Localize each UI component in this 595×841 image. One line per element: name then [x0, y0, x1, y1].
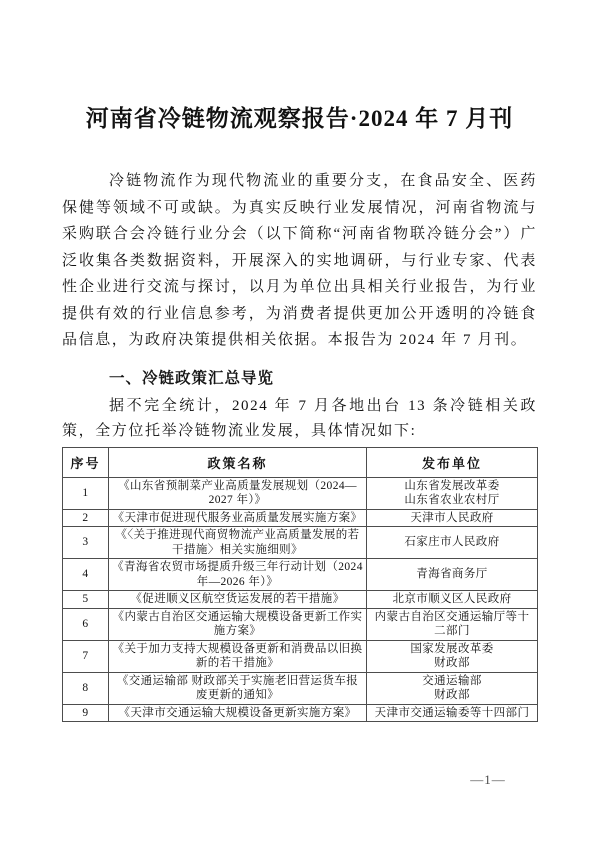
- cell-publisher: 国家发展改革委 财政部: [367, 640, 538, 672]
- cell-publisher: 内蒙古自治区交通运输厅等十二部门: [367, 608, 538, 640]
- cell-publisher: 青海省商务厅: [367, 559, 538, 591]
- section-intro-paragraph: 据不完全统计，2024 年 7 月各地出台 13 条冷链相关政策，全方位托举冷链…: [62, 394, 537, 444]
- header-row: 序号 政策名称 发布单位: [63, 447, 538, 477]
- cell-policy: 《交通运输部 财政部关于实施老旧营运货车报废更新的通知》: [109, 672, 367, 704]
- table-row: 4《青海省农贸市场提质升级三年行动计划（2024 年—2026 年）》青海省商务…: [63, 559, 538, 591]
- cell-publisher: 天津市交通运输委等十四部门: [367, 704, 538, 722]
- cell-publisher: 北京市顺义区人民政府: [367, 591, 538, 609]
- table-row: 7《关于加力支持大规模设备更新和消费品以旧换新的若干措施》国家发展改革委 财政部: [63, 640, 538, 672]
- table-row: 2《天津市促进现代服务业高质量发展实施方案》天津市人民政府: [63, 509, 538, 527]
- cell-policy: 《关于加力支持大规模设备更新和消费品以旧换新的若干措施》: [109, 640, 367, 672]
- header-cell-no: 序号: [63, 447, 109, 477]
- cell-no: 6: [63, 608, 109, 640]
- policy-table-body: 1《山东省预制菜产业高质量发展规划（2024—2027 年）》山东省发展改革委 …: [63, 477, 538, 722]
- cell-policy: 《内蒙古自治区交通运输大规模设备更新工作实施方案》: [109, 608, 367, 640]
- cell-policy: 《〈关于推进现代商贸物流产业高质量发展的若干措施〉相关实施细则》: [109, 527, 367, 559]
- page-title: 河南省冷链物流观察报告·2024 年 7 月刊: [62, 103, 537, 135]
- cell-publisher: 天津市人民政府: [367, 509, 538, 527]
- cell-no: 2: [63, 509, 109, 527]
- table-row: 9《天津市交通运输大规模设备更新实施方案》天津市交通运输委等十四部门: [63, 704, 538, 722]
- page-number: —1—: [455, 772, 521, 788]
- cell-no: 9: [63, 704, 109, 722]
- policy-table-header: 序号 政策名称 发布单位: [63, 447, 538, 477]
- cell-no: 7: [63, 640, 109, 672]
- cell-publisher: 山东省发展改革委 山东省农业农村厅: [367, 477, 538, 509]
- cell-policy: 《天津市交通运输大规模设备更新实施方案》: [109, 704, 367, 722]
- table-row: 6《内蒙古自治区交通运输大规模设备更新工作实施方案》内蒙古自治区交通运输厅等十二…: [63, 608, 538, 640]
- cell-policy: 《山东省预制菜产业高质量发展规划（2024—2027 年）》: [109, 477, 367, 509]
- section-heading: 一、冷链政策汇总导览: [62, 368, 537, 390]
- cell-no: 3: [63, 527, 109, 559]
- cell-no: 1: [63, 477, 109, 509]
- cell-no: 8: [63, 672, 109, 704]
- cell-no: 5: [63, 591, 109, 609]
- policy-table: 序号 政策名称 发布单位 1《山东省预制菜产业高质量发展规划（2024—2027…: [62, 447, 538, 723]
- cell-publisher: 石家庄市人民政府: [367, 527, 538, 559]
- page-content: 河南省冷链物流观察报告·2024 年 7 月刊 冷链物流作为现代物流业的重要分支…: [62, 0, 537, 722]
- cell-policy: 《青海省农贸市场提质升级三年行动计划（2024 年—2026 年）》: [109, 559, 367, 591]
- table-row: 3《〈关于推进现代商贸物流产业高质量发展的若干措施〉相关实施细则》石家庄市人民政…: [63, 527, 538, 559]
- document-page: 河南省冷链物流观察报告·2024 年 7 月刊 冷链物流作为现代物流业的重要分支…: [0, 0, 595, 841]
- header-cell-publisher: 发布单位: [367, 447, 538, 477]
- table-row: 8《交通运输部 财政部关于实施老旧营运货车报废更新的通知》交通运输部 财政部: [63, 672, 538, 704]
- cell-publisher: 交通运输部 财政部: [367, 672, 538, 704]
- header-cell-policy: 政策名称: [109, 447, 367, 477]
- cell-policy: 《促进顺义区航空货运发展的若干措施》: [109, 591, 367, 609]
- table-row: 1《山东省预制菜产业高质量发展规划（2024—2027 年）》山东省发展改革委 …: [63, 477, 538, 509]
- table-row: 5《促进顺义区航空货运发展的若干措施》北京市顺义区人民政府: [63, 591, 538, 609]
- intro-paragraph: 冷链物流作为现代物流业的重要分支，在食品安全、医药保健等领域不可或缺。为真实反映…: [62, 168, 537, 354]
- cell-policy: 《天津市促进现代服务业高质量发展实施方案》: [109, 509, 367, 527]
- cell-no: 4: [63, 559, 109, 591]
